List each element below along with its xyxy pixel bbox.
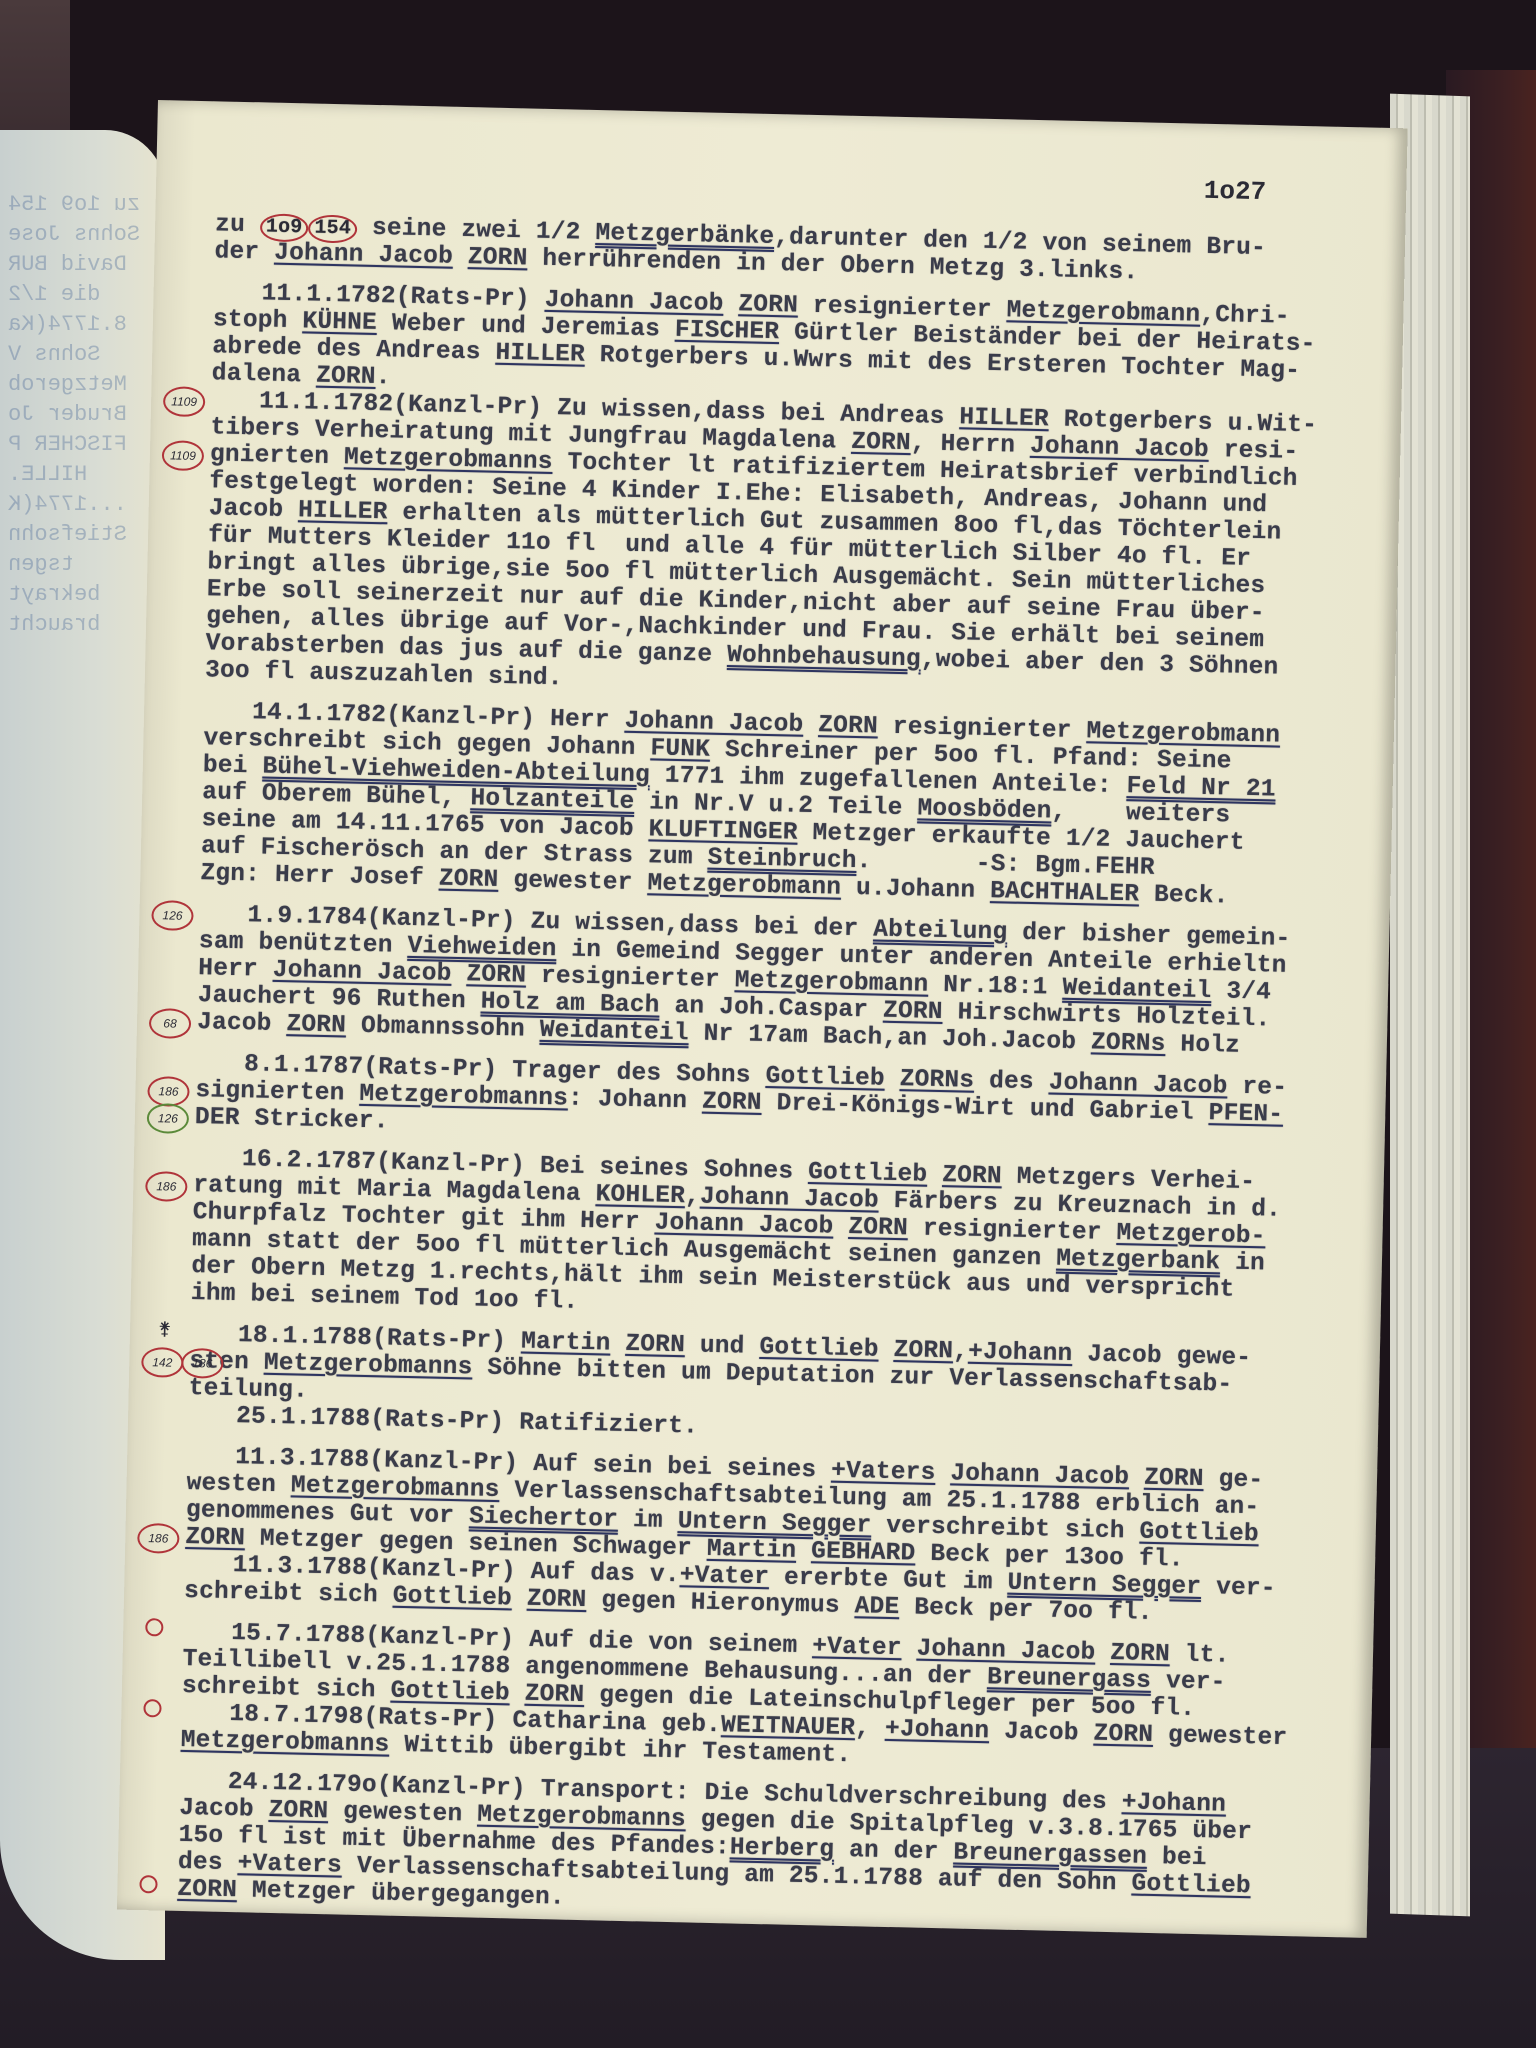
- document-body: zu 1o9154 seine zwei 1/2 Metzgerbänke,da…: [215, 211, 1355, 237]
- margin-reference-mark: 68: [149, 1008, 192, 1039]
- left-page-text: zu 1o9 154 Sohns Jose David BUR die 1/2 …: [8, 190, 158, 640]
- text-line: 25.1.1788(Rats-Pr) Ratifiziert.: [188, 1402, 698, 1441]
- reference-circle: 154: [308, 214, 357, 243]
- text-line: dalena ZORN.: [211, 360, 390, 391]
- margin-reference-mark: 1109: [163, 386, 206, 417]
- margin-reference-mark: 142: [141, 1347, 184, 1378]
- background-object: [0, 0, 70, 150]
- margin-reference-mark: [143, 1699, 161, 1717]
- page-number: 1o27: [1203, 176, 1266, 207]
- margin-reference-mark: 126: [147, 1103, 190, 1134]
- margin-cross-icon: ⚵: [158, 1318, 172, 1339]
- margin-reference-mark: 186: [137, 1523, 180, 1554]
- right-page: 1o27 zu 1o9154 seine zwei 1/2 Metzgerbän…: [117, 100, 1408, 1938]
- margin-reference-mark: 186: [145, 1171, 188, 1202]
- margin-reference-mark: [139, 1875, 157, 1893]
- reference-circle: 1o9: [260, 213, 309, 242]
- margin-reference-mark: 186: [147, 1076, 190, 1107]
- margin-reference-mark: 126: [151, 900, 194, 931]
- text-line: teilung.: [188, 1375, 308, 1405]
- margin-reference-mark: [145, 1618, 163, 1636]
- margin-reference-mark: 1109: [162, 440, 205, 471]
- text-line: DER Stricker.: [195, 1104, 389, 1135]
